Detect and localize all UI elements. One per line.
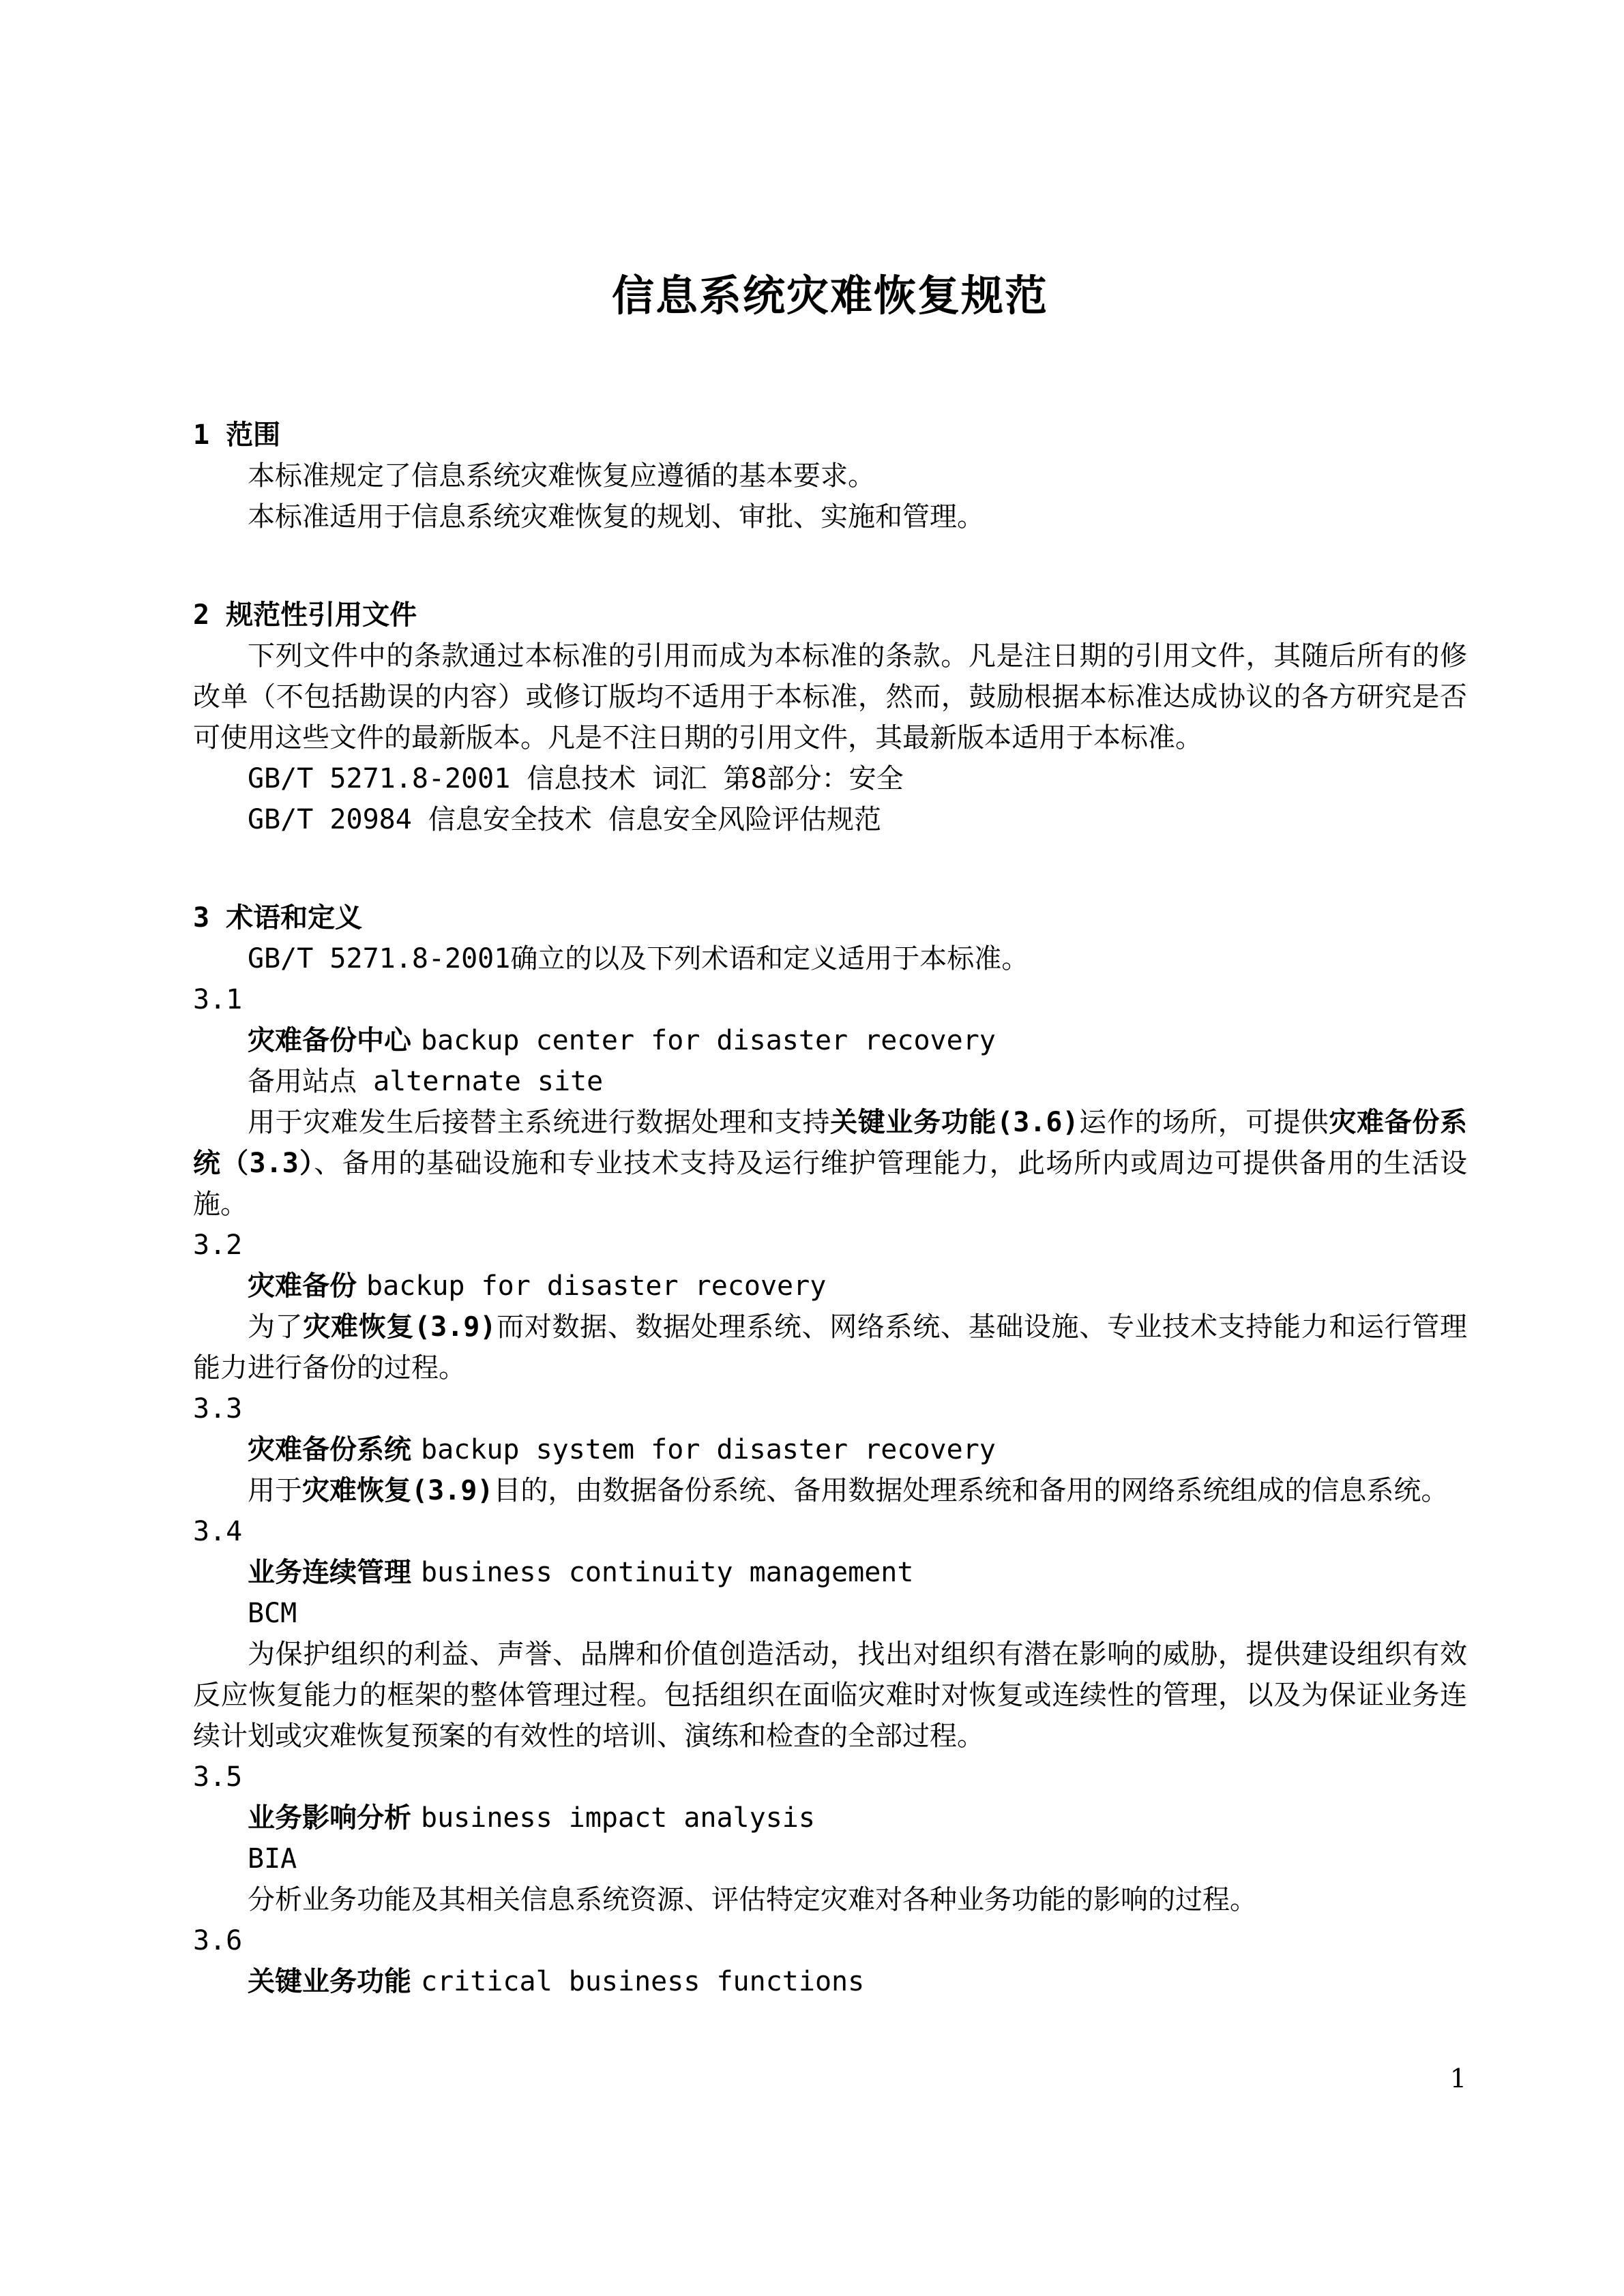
definition-text: 用于: [248, 1475, 302, 1506]
definition-text: 为了: [248, 1311, 303, 1343]
term-3-2-name-en: backup for disaster recovery: [366, 1270, 826, 1302]
term-3-3-number: 3.3: [193, 1388, 1467, 1429]
definition-text: 分析业务功能及其相关信息系统资源、评估特定灾难对各种业务功能的影响的过程。: [248, 1884, 1257, 1915]
term-3-5-name-cn: 业务影响分析: [248, 1802, 411, 1834]
definition-text: 目的，由数据备份系统、备用数据处理系统和备用的网络系统组成的信息系统。: [493, 1475, 1448, 1506]
term-3-6-title: 关键业务功能critical business functions: [193, 1961, 1467, 2002]
term-3-1-definition: 用于灾难发生后接替主系统进行数据处理和支持关键业务功能(3.6)运作的场所，可提…: [193, 1102, 1467, 1225]
scope-paragraph-1: 本标准规定了信息系统灾难恢复应遵循的基本要求。: [193, 456, 1467, 496]
definition-term-reference: 灾难恢复(3.9): [302, 1475, 493, 1506]
term-3-3-name-cn: 灾难备份系统: [248, 1434, 411, 1465]
term-3-1-name-cn: 灾难备份中心: [248, 1025, 411, 1056]
term-3-4-definition: 为保护组织的利益、声誉、品牌和价值创造活动，找出对组织有潜在影响的威胁，提供建设…: [193, 1634, 1467, 1757]
term-3-2-title: 灾难备份backup for disaster recovery: [193, 1266, 1467, 1307]
term-3-6-number: 3.6: [193, 1920, 1467, 1961]
term-3-4-title: 业务连续管理business continuity management: [193, 1552, 1467, 1593]
term-3-1-name-en: backup center for disaster recovery: [421, 1025, 996, 1056]
term-3-6-name-cn: 关键业务功能: [248, 1966, 411, 1997]
term-3-3-title: 灾难备份系统backup system for disaster recover…: [193, 1429, 1467, 1470]
definition-term-reference: 关键业务功能(3.6): [830, 1107, 1078, 1138]
reference-gbt-20984: GB/T 20984 信息安全技术 信息安全风险评估规范: [193, 799, 1467, 840]
term-3-4-abbr: BCM: [193, 1593, 1467, 1634]
document-title: 信息系统灾难恢复规范: [193, 271, 1467, 320]
term-3-5-definition: 分析业务功能及其相关信息系统资源、评估特定灾难对各种业务功能的影响的过程。: [193, 1879, 1467, 1920]
term-3-4-name-en: business continuity management: [421, 1557, 913, 1588]
term-3-3-definition: 用于灾难恢复(3.9)目的，由数据备份系统、备用数据处理系统和备用的网络系统组成…: [193, 1470, 1467, 1511]
term-3-5-number: 3.5: [193, 1757, 1467, 1798]
definition-text: 运作的场所，可提供: [1079, 1107, 1329, 1138]
term-3-6-name-en: critical business functions: [421, 1966, 864, 1997]
terms-intro-paragraph: GB/T 5271.8-2001确立的以及下列术语和定义适用于本标准。: [193, 938, 1467, 979]
term-3-1-number: 3.1: [193, 979, 1467, 1020]
term-3-4-number: 3.4: [193, 1511, 1467, 1552]
term-3-5-abbr: BIA: [193, 1838, 1467, 1879]
term-3-5-name-en: business impact analysis: [421, 1802, 815, 1834]
document-page: 信息系统灾难恢复规范 1 范围 本标准规定了信息系统灾难恢复应遵循的基本要求。 …: [0, 0, 1624, 2296]
definition-text: 用于灾难发生后接替主系统进行数据处理和支持: [248, 1107, 830, 1138]
reference-gbt-5271: GB/T 5271.8-2001 信息技术 词汇 第8部分：安全: [193, 758, 1467, 799]
term-3-1-title: 灾难备份中心backup center for disaster recover…: [193, 1020, 1467, 1061]
term-3-3-name-en: backup system for disaster recovery: [421, 1434, 996, 1465]
term-3-1-alias: 备用站点 alternate site: [193, 1061, 1467, 1102]
page-number: 1: [1450, 2063, 1466, 2093]
definition-text: 、备用的基础设施和专业技术支持及运行维护管理能力，此场所内或周边可提供备用的生活…: [193, 1148, 1467, 1220]
term-3-2-definition: 为了灾难恢复(3.9)而对数据、数据处理系统、网络系统、基础设施、专业技术支持能…: [193, 1307, 1467, 1388]
section-heading-scope: 1 范围: [193, 415, 1467, 456]
term-3-5-title: 业务影响分析business impact analysis: [193, 1798, 1467, 1838]
section-heading-terms-definitions: 3 术语和定义: [193, 897, 1467, 938]
scope-paragraph-2: 本标准适用于信息系统灾难恢复的规划、审批、实施和管理。: [193, 496, 1467, 537]
document-content: 信息系统灾难恢复规范 1 范围 本标准规定了信息系统灾难恢复应遵循的基本要求。 …: [193, 271, 1467, 2002]
normative-references-paragraph: 下列文件中的条款通过本标准的引用而成为本标准的条款。凡是注日期的引用文件，其随后…: [193, 636, 1467, 758]
section-heading-normative-references: 2 规范性引用文件: [193, 595, 1467, 636]
definition-text: 为保护组织的利益、声誉、品牌和价值创造活动，找出对组织有潜在影响的威胁，提供建设…: [193, 1639, 1467, 1752]
term-3-2-name-cn: 灾难备份: [248, 1270, 357, 1302]
term-3-2-number: 3.2: [193, 1225, 1467, 1266]
definition-term-reference: 灾难恢复(3.9): [303, 1311, 496, 1343]
term-3-4-name-cn: 业务连续管理: [248, 1557, 411, 1588]
